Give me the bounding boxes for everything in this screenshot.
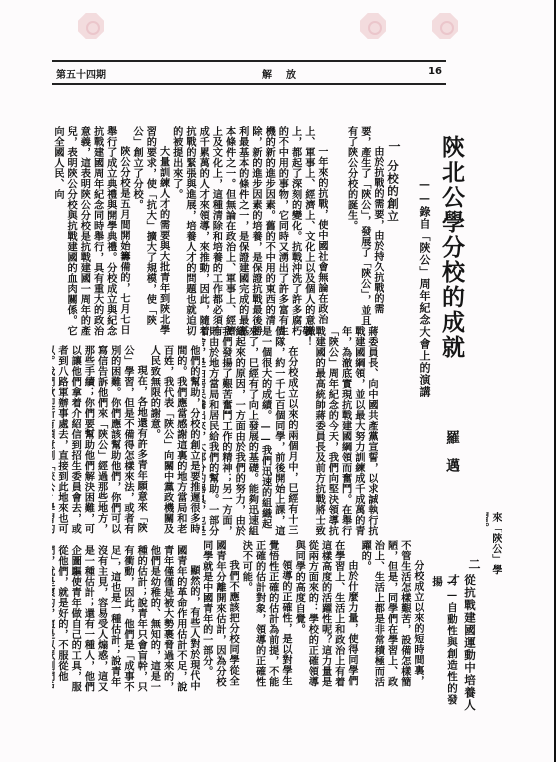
publication-title: 解放 <box>262 66 310 81</box>
section-2-body-continued: 顯然的，有些人對於現代中國青年的革命作用估計不足，說青年僅僅是被大勢裹脅過來的，… <box>52 545 200 695</box>
issue-number: 第五十四期 <box>56 66 106 81</box>
achievement-paragraph: 在分校成立以來的兩個月中，巳經有十三個隊，約一千七百個同學，前後開始上課，這是一… <box>202 326 298 538</box>
dedication-paragraph: 蔣委員長、向中國共產黨宣誓，以求誠執行抗戰建國綱領，並以最大努力訓練成千成萬的青… <box>300 326 378 538</box>
section-2-number: 二 <box>466 558 483 570</box>
section-2-subheading: ——自動性與創造性的發揚 <box>430 576 460 706</box>
section-1-body-top: 一年來的抗戰，使中國社會無論在政治上、軍事上、經濟上、文化上以及個人的意識上，都… <box>52 126 328 338</box>
article-title: 陝北公學分校的成就 <box>438 135 464 385</box>
section-1-heading: 分校的創立 <box>385 160 401 250</box>
article-subtitle: ——錄自「陝公」周年紀念大會上的演講 <box>416 178 432 418</box>
running-header: 第五十四期 解放 16 <box>52 66 446 80</box>
section-1-body-bottom: 他們的幫助，分校的創立是要推遲很多時間的。我們應當感謝這裏的地方當局和老百姓，我… <box>52 345 200 535</box>
watermark-icon <box>432 13 458 39</box>
watermark-icon <box>78 13 104 39</box>
section-2-body: 分校成立以來的短時間裏，不管生活怎樣艱苦，設備怎樣簡陋，但是，同學們在學習上、政… <box>202 540 424 690</box>
article-author: 羅邁 <box>442 430 462 520</box>
section-1-number: 一 <box>386 140 403 152</box>
page-number: 16 <box>428 66 442 77</box>
watermark-icon <box>360 13 386 39</box>
header-rule-bottom <box>52 83 446 85</box>
section-1-closing: 來「陝公」學習。 <box>486 512 502 592</box>
header-rule-top <box>52 60 446 62</box>
intro-paragraph: 由於抗戰的需要，由於持久抗戰的需要，產生了「陝公」，發展了「陝公」，並且有了陝公… <box>330 126 384 326</box>
